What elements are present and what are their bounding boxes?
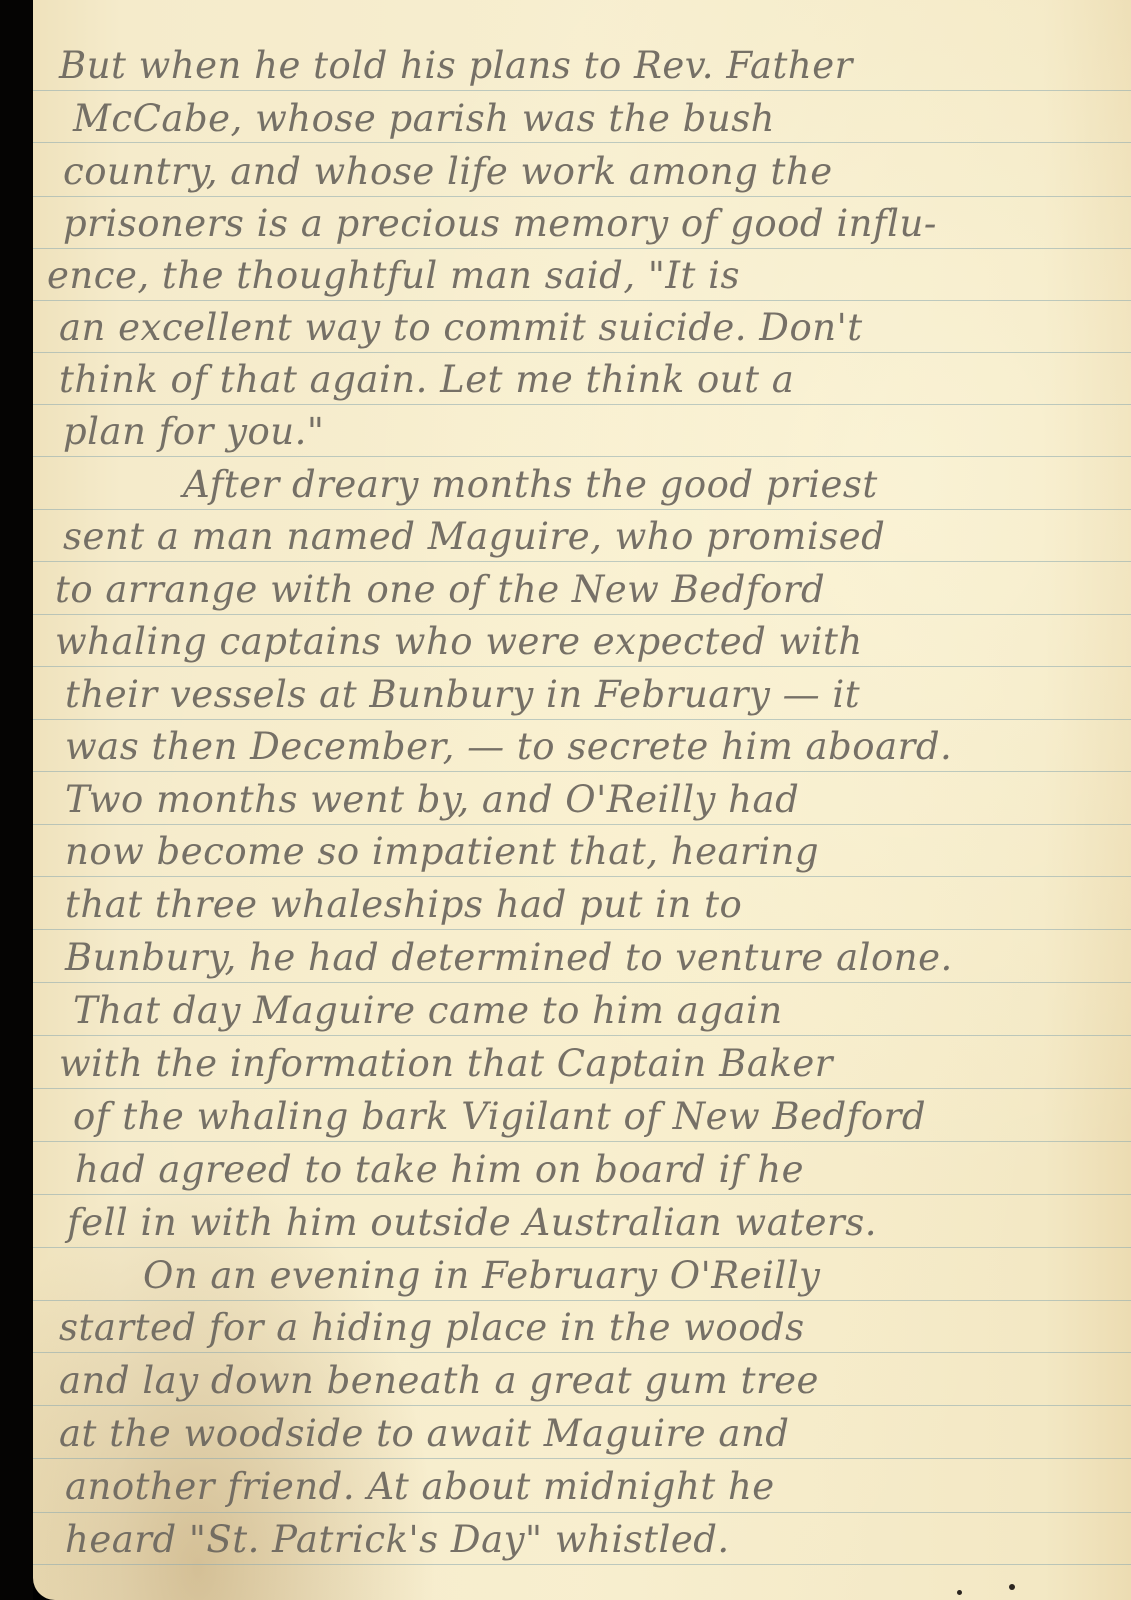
handwritten-line: that three whaleships had put in to	[65, 883, 742, 926]
rule-line	[33, 561, 1131, 562]
rule-line	[33, 929, 1131, 930]
handwritten-line: country, and whose life work among the	[63, 150, 833, 193]
rule-line	[33, 614, 1131, 615]
handwritten-line: their vessels at Bunbury in February — i…	[65, 673, 860, 716]
handwritten-line: to arrange with one of the New Bedford	[55, 568, 825, 611]
handwritten-line: an excellent way to commit suicide. Don'…	[59, 306, 863, 349]
rule-line	[33, 771, 1131, 772]
rule-line	[33, 719, 1131, 720]
ruled-paper: But when he told his plans to Rev. Fathe…	[33, 0, 1131, 1600]
handwritten-line: now become so impatient that, hearing	[65, 830, 819, 873]
rule-line	[33, 666, 1131, 667]
handwritten-line: On an evening in February O'Reilly	[143, 1254, 820, 1297]
ink-spot	[1009, 1584, 1015, 1590]
rule-line	[33, 1352, 1131, 1353]
handwritten-line: at the woodside to await Maguire and	[59, 1412, 790, 1455]
handwritten-line: of the whaling bark Vigilant of New Bedf…	[73, 1095, 926, 1138]
rule-line	[33, 824, 1131, 825]
handwritten-line: Bunbury, he had determined to venture al…	[65, 936, 953, 979]
handwritten-line: had agreed to take him on board if he	[75, 1148, 804, 1191]
handwritten-line: sent a man named Maguire, who promised	[63, 515, 885, 558]
ink-spot	[957, 1590, 962, 1595]
handwritten-line: and lay down beneath a great gum tree	[59, 1359, 819, 1402]
rule-line	[33, 1194, 1131, 1195]
rule-line	[33, 352, 1131, 353]
handwritten-line: But when he told his plans to Rev. Fathe…	[59, 44, 853, 87]
rule-line	[33, 1458, 1131, 1459]
handwritten-line: ence, the thoughtful man said, "It is	[47, 254, 740, 297]
handwritten-line: heard "St. Patrick's Day" whistled.	[65, 1518, 730, 1561]
rule-line	[33, 1405, 1131, 1406]
rule-line	[33, 1300, 1131, 1301]
rule-line	[33, 248, 1131, 249]
rule-line	[33, 1088, 1131, 1089]
handwritten-line: was then December, — to secrete him aboa…	[65, 725, 952, 768]
rule-line	[33, 196, 1131, 197]
handwritten-line: started for a hiding place in the woods	[59, 1306, 805, 1349]
handwritten-line: After dreary months the good priest	[183, 463, 878, 506]
rule-line	[33, 404, 1131, 405]
handwritten-line: prisoners is a precious memory of good i…	[63, 202, 937, 245]
handwritten-line: another friend. At about midnight he	[65, 1465, 775, 1508]
rule-line	[33, 90, 1131, 91]
rule-line	[33, 1512, 1131, 1513]
scan-black-margin	[0, 0, 33, 1600]
rule-line	[33, 456, 1131, 457]
handwritten-line: McCabe, whose parish was the bush	[73, 97, 775, 140]
handwritten-line: fell in with him outside Australian wate…	[67, 1201, 877, 1244]
rule-line	[33, 876, 1131, 877]
handwritten-line: plan for you."	[63, 410, 324, 453]
rule-line	[33, 1035, 1131, 1036]
handwritten-line: That day Maguire came to him again	[73, 989, 783, 1032]
rule-line	[33, 509, 1131, 510]
rule-line	[33, 142, 1131, 143]
handwritten-line: with the information that Captain Baker	[59, 1042, 833, 1085]
rule-line	[33, 1564, 1131, 1565]
scanned-page: But when he told his plans to Rev. Fathe…	[0, 0, 1131, 1600]
handwritten-line: think of that again. Let me think out a	[59, 358, 794, 401]
rule-line	[33, 982, 1131, 983]
handwritten-line: whaling captains who were expected with	[55, 620, 863, 663]
rule-line	[33, 1141, 1131, 1142]
rule-line	[33, 1247, 1131, 1248]
rule-line	[33, 300, 1131, 301]
handwritten-line: Two months went by, and O'Reilly had	[65, 778, 799, 821]
